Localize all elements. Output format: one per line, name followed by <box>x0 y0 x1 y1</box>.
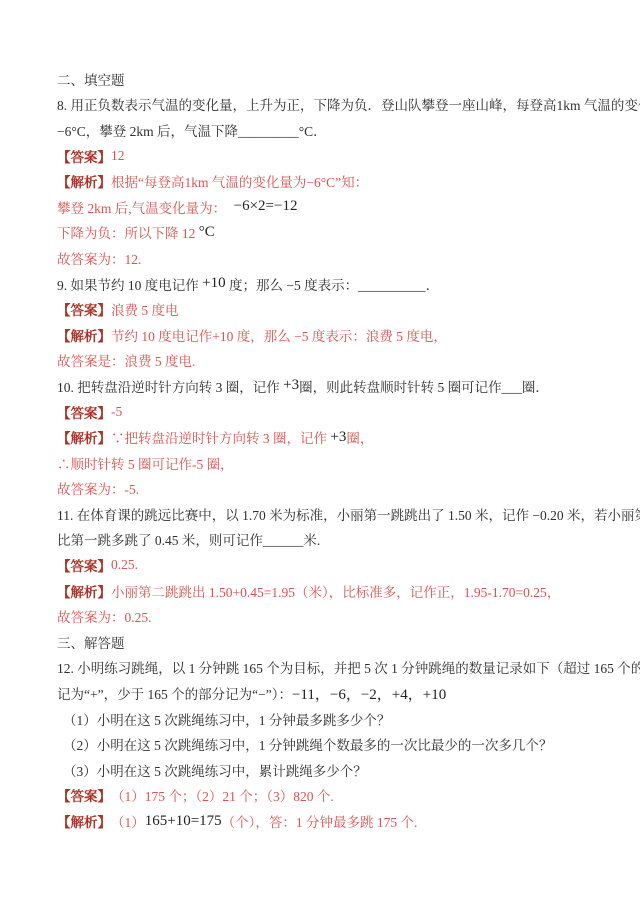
text-segment: 度；那么 −5 度表示：__________． <box>226 274 440 294</box>
q12-text-line-1: 12. 小明练习跳绳，以 1 分钟跳 165 个为目标，并把 5 次 1 分钟跳… <box>57 655 600 681</box>
q11-analysis-line-2: 故答案为：0.25. <box>57 603 600 629</box>
text-segment: 10. 把转盘沿逆时针方向转 3 圈，记作 <box>57 376 283 396</box>
text-segment: −6×2=−12 <box>226 198 297 215</box>
q10-analysis-line-2: ∴顺时针转 5 圈可记作-5 圈， <box>57 450 600 476</box>
q11-answer: 【答案】0.25. <box>57 552 600 578</box>
text-segment: 故答案为：-5. <box>57 478 139 498</box>
text-segment: 11. 在体育课的跳远比赛中，以 1.70 米为标准，小丽第一跳跳出了 1.50… <box>57 504 640 524</box>
text-segment: 【解析】 <box>57 811 111 831</box>
text-segment: 【答案】 <box>57 555 111 575</box>
text-segment: 二、填空题 <box>57 69 125 89</box>
text-segment: ∴顺时针转 5 圈可记作-5 圈， <box>57 453 234 473</box>
q11-text-line-1: 11. 在体育课的跳远比赛中，以 1.70 米为标准，小丽第一跳跳出了 1.50… <box>57 501 600 527</box>
text-segment: 故答案为：12. <box>57 248 141 268</box>
text-segment: 小丽第二跳跳出 1.50+0.45=1.95（米），比标准多，记作正，1.95-… <box>111 581 560 601</box>
q12-sub-question-1: （1）小明在这 5 次跳绳练习中，1 分钟最多跳多少个？ <box>57 706 600 732</box>
text-segment: 165+10=175 <box>145 813 222 830</box>
text-segment: 故答案是：浪费 5 度电. <box>57 350 195 370</box>
q11-analysis-line-1: 【解析】小丽第二跳跳出 1.50+0.45=1.95（米），比标准多，记作正，1… <box>57 578 600 604</box>
q9-text: 9. 如果节约 10 度电记作 +10 度；那么 −5 度表示：________… <box>57 271 600 297</box>
q8-analysis-line-1: 【解析】根据“每登高1km 气温的变化量为−6°C”知： <box>57 168 600 194</box>
q8-text-line-1: 8. 用正负数表示气温的变化量，上升为正，下降为负．登山队攀登一座山峰，每登高1… <box>57 92 600 118</box>
q12-text-line-2: 记为“+”，少于 165 个的部分记为“−”）：−11，−6，−2，+4，+10 <box>57 680 600 706</box>
section-2-heading: 二、填空题 <box>57 66 600 92</box>
q12-answer: 【答案】（1）175 个；（2）21 个；（3）820 个. <box>57 783 600 809</box>
text-segment: +3 <box>330 429 346 446</box>
text-segment: 8. 用正负数表示气温的变化量，上升为正，下降为负．登山队攀登一座山峰，每登高1… <box>57 94 640 114</box>
q10-text: 10. 把转盘沿逆时针方向转 3 圈，记作 +3圈，则此转盘顺时针转 5 圈可记… <box>57 373 600 399</box>
q9-analysis-line-2: 故答案是：浪费 5 度电. <box>57 348 600 374</box>
q8-text-line-2: −6°C，攀登 2km 后，气温下降_________°C． <box>57 117 600 143</box>
text-segment: ∵把转盘沿逆时针方向转 3 圈，记作 <box>111 427 330 447</box>
q12-analysis: 【解析】（1）165+10=175（个），答：1 分钟最多跳 175 个. <box>57 808 600 834</box>
text-segment: 浪费 5 度电 <box>111 299 179 319</box>
text-segment: 攀登 2km 后,气温变化量为： <box>57 197 226 217</box>
text-segment: −11，−6，−2，+4，+10 <box>292 683 446 704</box>
text-segment: 【答案】 <box>57 402 111 422</box>
text-segment: 12 <box>111 148 125 164</box>
text-segment: 9. 如果节约 10 度电记作 <box>57 274 202 294</box>
q8-analysis-line-3: 下降为负：所以下降 12 °C <box>57 220 600 246</box>
text-segment: 下降为负：所以下降 12 <box>57 222 199 242</box>
worksheet-page: 二、填空题8. 用正负数表示气温的变化量，上升为正，下降为负．登山队攀登一座山峰… <box>0 0 640 905</box>
text-segment: 记为“+”，少于 165 个的部分记为“−”）： <box>57 683 292 703</box>
q12-sub-question-3: （3）小明在这 5 次跳绳练习中，累计跳绳多少个？ <box>57 757 600 783</box>
q8-answer: 【答案】12 <box>57 143 600 169</box>
text-segment: （3）小明在这 5 次跳绳练习中，累计跳绳多少个？ <box>63 760 367 780</box>
text-segment: 圈， <box>346 427 373 447</box>
q8-analysis-line-4: 故答案为：12. <box>57 245 600 271</box>
text-segment: 节约 10 度电记作+10 度，那么 −5 度表示：浪费 5 度电， <box>111 325 447 345</box>
text-segment: +3 <box>283 377 299 394</box>
text-segment: 【答案】 <box>57 785 111 805</box>
q10-analysis-line-3: 故答案为：-5. <box>57 476 600 502</box>
text-segment: 故答案为：0.25. <box>57 606 152 626</box>
q9-analysis-line-1: 【解析】节约 10 度电记作+10 度，那么 −5 度表示：浪费 5 度电， <box>57 322 600 348</box>
text-segment: 【解析】 <box>57 581 111 601</box>
text-segment: （1） <box>111 811 145 831</box>
text-segment: 比第一跳多跳了 0.45 米，则可记作______米. <box>57 529 320 549</box>
q10-analysis-line-1: 【解析】∵把转盘沿逆时针方向转 3 圈，记作 +3圈， <box>57 424 600 450</box>
worksheet-content: 二、填空题8. 用正负数表示气温的变化量，上升为正，下降为负．登山队攀登一座山峰… <box>57 66 600 834</box>
text-segment: （1）175 个；（2）21 个；（3）820 个. <box>111 785 334 805</box>
text-segment: 【解析】 <box>57 325 111 345</box>
text-segment: 圈，则此转盘顺时针转 5 圈可记作___圈． <box>299 376 549 396</box>
text-segment: 【答案】 <box>57 146 111 166</box>
text-segment: °C <box>199 224 215 241</box>
text-segment: 12. 小明练习跳绳，以 1 分钟跳 165 个为目标，并把 5 次 1 分钟跳… <box>57 657 640 677</box>
text-segment: +10 <box>202 275 225 292</box>
q8-analysis-line-2: 攀登 2km 后,气温变化量为： −6×2=−12 <box>57 194 600 220</box>
text-segment: 0.25. <box>111 557 138 573</box>
q11-text-line-2: 比第一跳多跳了 0.45 米，则可记作______米. <box>57 527 600 553</box>
section-3-heading: 三、解答题 <box>57 629 600 655</box>
text-segment: （个），答：1 分钟最多跳 175 个. <box>222 811 418 831</box>
text-segment: -5 <box>111 404 122 420</box>
text-segment: 【解析】 <box>57 171 111 191</box>
text-segment: （1）小明在这 5 次跳绳练习中，1 分钟最多跳多少个？ <box>63 709 390 729</box>
text-segment: 三、解答题 <box>57 632 125 652</box>
q9-answer: 【答案】浪费 5 度电 <box>57 296 600 322</box>
text-segment: （2）小明在这 5 次跳绳练习中，1 分钟跳绳个数最多的一次比最少的一次多几个？ <box>63 734 552 754</box>
q10-answer: 【答案】-5 <box>57 399 600 425</box>
text-segment: 【解析】 <box>57 427 111 447</box>
text-segment: −6°C，攀登 2km 后，气温下降_________°C． <box>57 120 327 140</box>
text-segment: 【答案】 <box>57 299 111 319</box>
text-segment: 根据“每登高1km 气温的变化量为−6°C”知： <box>111 171 368 191</box>
q12-sub-question-2: （2）小明在这 5 次跳绳练习中，1 分钟跳绳个数最多的一次比最少的一次多几个？ <box>57 731 600 757</box>
